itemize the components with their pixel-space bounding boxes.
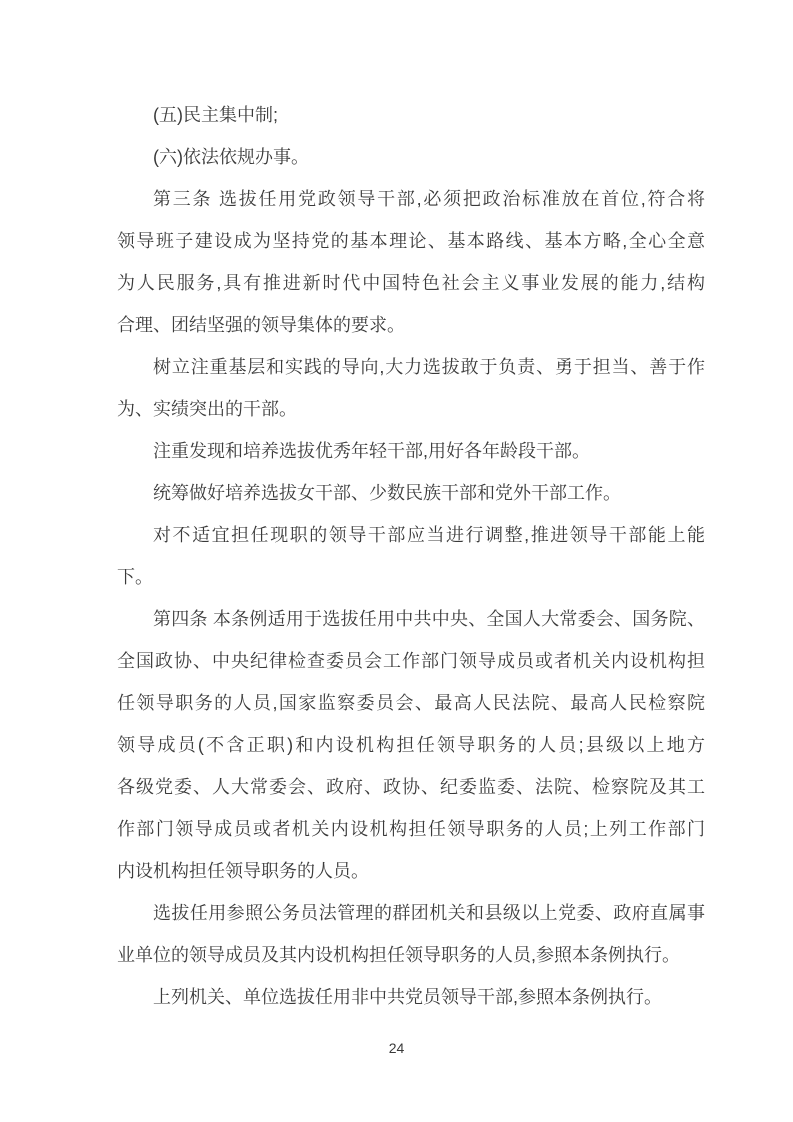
text-line: 领导成员(不含正职)和内设机构担任领导职务的人员;县级以上地方 <box>117 724 705 766</box>
text-line: 为人民服务,具有推进新时代中国特色社会主义事业发展的能力,结构 <box>117 262 705 304</box>
text-line: 领导班子建设成为坚持党的基本理论、基本路线、基本方略,全心全意 <box>117 220 705 262</box>
text-line: 下。 <box>117 556 705 598</box>
text-line: 作部门领导成员或者机关内设机构担任领导职务的人员;上列工作部门 <box>117 808 705 850</box>
text-line: 上列机关、单位选拔任用非中共党员领导干部,参照本条例执行。 <box>117 976 705 1018</box>
text-line: 各级党委、人大常委会、政府、政协、纪委监委、法院、检察院及其工 <box>117 766 705 808</box>
document-body: (五)民主集中制; (六)依法依规办事。 第三条 选拔任用党政领导干部,必须把政… <box>0 0 793 1018</box>
document-page: (五)民主集中制; (六)依法依规办事。 第三条 选拔任用党政领导干部,必须把政… <box>0 0 793 1122</box>
text-line: 内设机构担任领导职务的人员。 <box>117 850 705 892</box>
text-line: (六)依法依规办事。 <box>117 136 705 178</box>
text-line: 任领导职务的人员,国家监察委员会、最高人民法院、最高人民检察院 <box>117 682 705 724</box>
text-line: 合理、团结坚强的领导集体的要求。 <box>117 304 705 346</box>
text-line: 对不适宜担任现职的领导干部应当进行调整,推进领导干部能上能 <box>117 514 705 556</box>
text-line: 第四条 本条例适用于选拔任用中共中央、全国人大常委会、国务院、 <box>117 598 705 640</box>
text-line: 统筹做好培养选拔女干部、少数民族干部和党外干部工作。 <box>117 472 705 514</box>
text-line: 选拔任用参照公务员法管理的群团机关和县级以上党委、政府直属事 <box>117 892 705 934</box>
text-line: (五)民主集中制; <box>117 94 705 136</box>
text-line: 注重发现和培养选拔优秀年轻干部,用好各年龄段干部。 <box>117 430 705 472</box>
text-line: 全国政协、中央纪律检查委员会工作部门领导成员或者机关内设机构担 <box>117 640 705 682</box>
text-line: 为、实绩突出的干部。 <box>117 388 705 430</box>
text-line: 树立注重基层和实践的导向,大力选拔敢于负责、勇于担当、善于作 <box>117 346 705 388</box>
text-line: 业单位的领导成员及其内设机构担任领导职务的人员,参照本条例执行。 <box>117 934 705 976</box>
page-number: 24 <box>389 1040 405 1056</box>
page-footer: 24 <box>0 1040 793 1058</box>
text-line: 第三条 选拔任用党政领导干部,必须把政治标准放在首位,符合将 <box>117 178 705 220</box>
